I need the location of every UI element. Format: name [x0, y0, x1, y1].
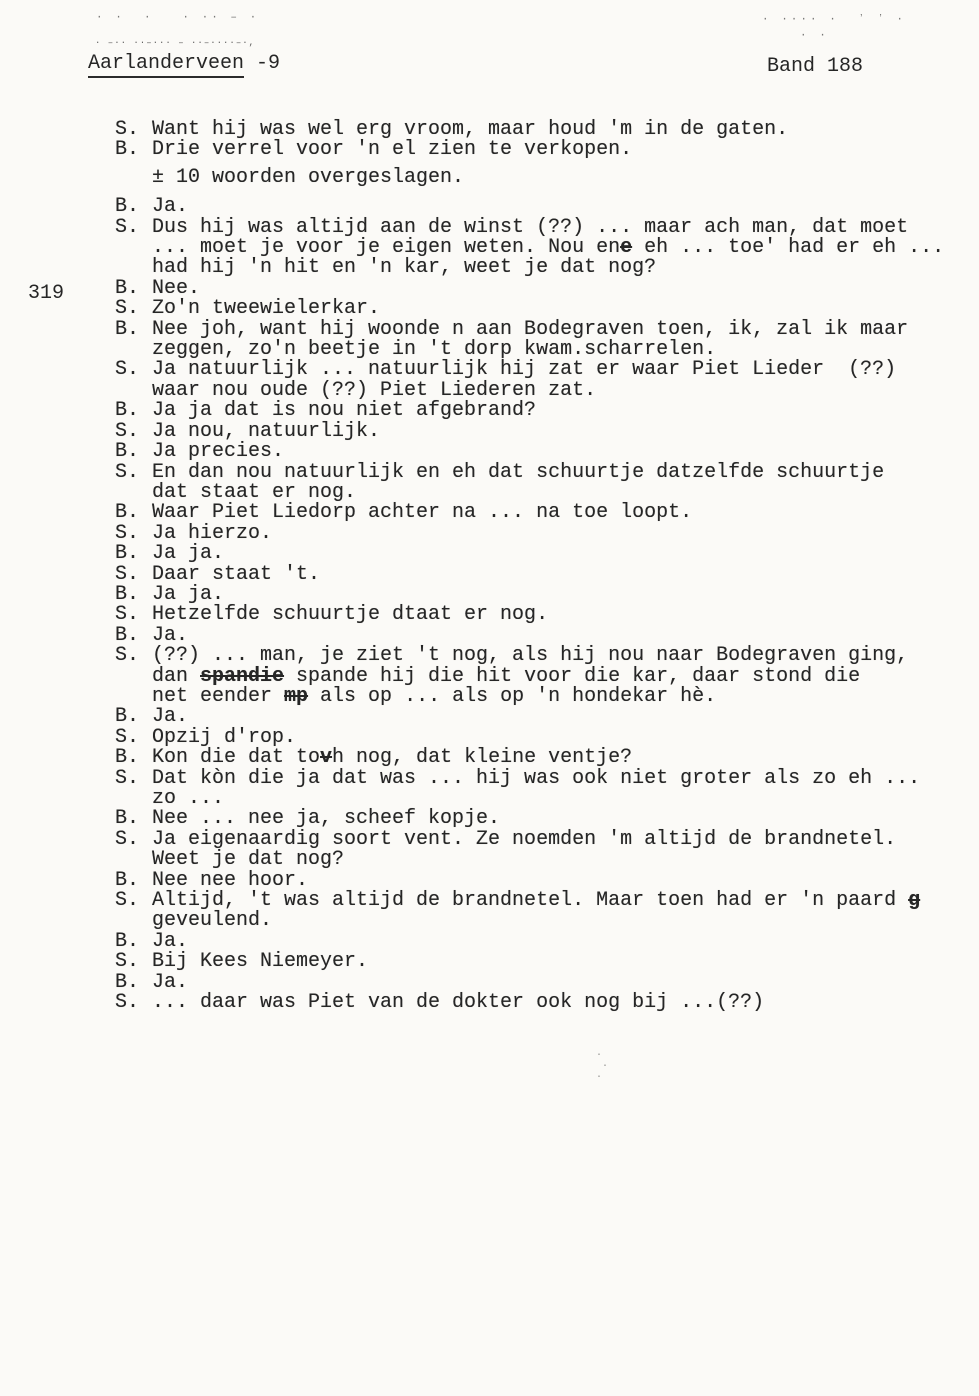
dialogue-text: Zo'n tweewielerkar.: [152, 299, 380, 319]
speaker-label: B.: [115, 748, 152, 768]
dialogue-text: Ja.: [152, 932, 188, 952]
dialogue-text: Hetzelfde schuurtje dtaat er nog.: [152, 605, 548, 625]
dialogue-text: Opzij d'rop.: [152, 728, 296, 748]
dialogue-entry: B.Ja.: [115, 197, 959, 217]
transcript: S.Want hij was wel erg vroom, maar houd …: [115, 120, 959, 1013]
dialogue-text: Ja ja.: [152, 585, 224, 605]
speaker-label: B.: [115, 320, 152, 340]
dialogue-text: Ja precies.: [152, 442, 284, 462]
speaker-label: S.: [115, 952, 152, 972]
speaker-label: B.: [115, 626, 152, 646]
dialogue-entry: B.Ja ja dat is nou niet afgebrand?: [115, 401, 959, 421]
dialogue-text: Ja eigenaardig soort vent. Ze noemden 'm…: [152, 830, 896, 871]
scan-noise-mid-specks: · · ·: [596, 1050, 608, 1083]
dialogue-text: Ja natuurlijk ... natuurlijk hij zat er …: [152, 360, 896, 401]
dialogue-text: ... daar was Piet van de dokter ook nog …: [152, 993, 764, 1013]
speaker-label: S.: [115, 565, 152, 585]
dialogue-text: Nee nee hoor.: [152, 871, 308, 891]
speaker-label: S.: [115, 524, 152, 544]
speaker-label: B.: [115, 279, 152, 299]
scan-noise-top-right: · ···· · ʼ ʼ ·: [762, 14, 906, 26]
dialogue-entry: S.Zo'n tweewielerkar.: [115, 299, 959, 319]
dialogue-text: Kon die dat tovh nog, dat kleine ventje?: [152, 748, 632, 768]
dialogue-entry: B.Ja ja.: [115, 585, 959, 605]
dialogue-text: Nee.: [152, 279, 200, 299]
dialogue-entry: S.Ja nou, natuurlijk.: [115, 422, 959, 442]
speaker-label: B.: [115, 442, 152, 462]
speaker-label: B.: [115, 707, 152, 727]
margin-line-number: 319: [28, 282, 64, 305]
speaker-label: S.: [115, 646, 152, 666]
speaker-label: S.: [115, 463, 152, 483]
dialogue-text: En dan nou natuurlijk en eh dat schuurtj…: [152, 463, 884, 504]
page-title: Aarlanderveen -9: [88, 52, 280, 75]
dialogue-text: Ja nou, natuurlijk.: [152, 422, 380, 442]
dialogue-text: Waar Piet Liedorp achter na ... na toe l…: [152, 503, 692, 523]
dialogue-text: Dus hij was altijd aan de winst (??) ...…: [152, 218, 944, 279]
dialogue-entry: B.Waar Piet Liedorp achter na ... na toe…: [115, 503, 959, 523]
transcript-rest-section: B.Ja.S.Dus hij was altijd aan de winst (…: [115, 197, 959, 1013]
speaker-label: B.: [115, 544, 152, 564]
scan-noise-struck-line: · –·· ··–··· – ··–····–·,: [95, 38, 255, 48]
speaker-label: S.: [115, 218, 152, 238]
dialogue-entry: S.En dan nou natuurlijk en eh dat schuur…: [115, 463, 959, 504]
dialogue-entry: S.Ja hierzo.: [115, 524, 959, 544]
dialogue-entry: B.Nee ... nee ja, scheef kopje.: [115, 809, 959, 829]
dialogue-entry: B.Ja.: [115, 973, 959, 993]
dialogue-text: Ja.: [152, 197, 188, 217]
speaker-label: B.: [115, 809, 152, 829]
dialogue-text: Ja.: [152, 973, 188, 993]
page-title-main: Aarlanderveen: [88, 52, 244, 78]
dialogue-entry: S.Dus hij was altijd aan de winst (??) .…: [115, 218, 959, 279]
dialogue-text: Ja ja.: [152, 544, 224, 564]
speaker-label: B.: [115, 503, 152, 523]
speaker-label: S.: [115, 299, 152, 319]
dialogue-entry: B.Kon die dat tovh nog, dat kleine ventj…: [115, 748, 959, 768]
dialogue-text: Want hij was wel erg vroom, maar houd 'm…: [152, 120, 788, 140]
speaker-label: B.: [115, 401, 152, 421]
dialogue-entry: S.Ja natuurlijk ... natuurlijk hij zat e…: [115, 360, 959, 401]
document-page: · · · · ·· – · · –·· ··–··· – ··–····–·,…: [0, 0, 979, 1396]
dialogue-text: Dat kòn die ja dat was ... hij was ook n…: [152, 769, 920, 810]
dialogue-entry: B.Nee nee hoor.: [115, 871, 959, 891]
speaker-label: S.: [115, 891, 152, 911]
scan-noise-top-left: · · · · ·· – ·: [96, 12, 259, 24]
dialogue-entry: B.Ja ja.: [115, 544, 959, 564]
dialogue-entry: S.... daar was Piet van de dokter ook no…: [115, 993, 959, 1013]
omission-note: ± 10 woorden overgeslagen.: [152, 168, 959, 188]
dialogue-text: Bij Kees Niemeyer.: [152, 952, 368, 972]
dialogue-entry: B.Ja.: [115, 707, 959, 727]
dialogue-entry: S.Bij Kees Niemeyer.: [115, 952, 959, 972]
speaker-label: S.: [115, 605, 152, 625]
dialogue-entry: B.Nee.: [115, 279, 959, 299]
dialogue-text: Daar staat 't.: [152, 565, 320, 585]
speaker-label: S.: [115, 120, 152, 140]
page-title-suffix: -9: [244, 52, 280, 75]
speaker-label: S.: [115, 422, 152, 442]
speaker-label: S.: [115, 993, 152, 1013]
speaker-label: B.: [115, 585, 152, 605]
band-label: Band 188: [767, 55, 863, 78]
dialogue-entry: S.Opzij d'rop.: [115, 728, 959, 748]
dialogue-entry: S.Want hij was wel erg vroom, maar houd …: [115, 120, 959, 140]
dialogue-text: Drie verrel voor 'n el zien te verkopen.: [152, 140, 632, 160]
speaker-label: S.: [115, 360, 152, 380]
scan-noise-top-right-2: · ·: [800, 30, 829, 42]
speaker-label: B.: [115, 140, 152, 160]
dialogue-text: Altijd, 't was altijd de brandnetel. Maa…: [152, 891, 920, 932]
speaker-label: B.: [115, 973, 152, 993]
dialogue-entry: S.Daar staat 't.: [115, 565, 959, 585]
dialogue-entry: S.(??) ... man, je ziet 't nog, als hij …: [115, 646, 959, 707]
dialogue-text: (??) ... man, je ziet 't nog, als hij no…: [152, 646, 908, 707]
speaker-label: B.: [115, 197, 152, 217]
dialogue-entry: B.Drie verrel voor 'n el zien te verkope…: [115, 140, 959, 160]
dialogue-text: Nee ... nee ja, scheef kopje.: [152, 809, 500, 829]
transcript-top-section: S.Want hij was wel erg vroom, maar houd …: [115, 120, 959, 161]
speaker-label: B.: [115, 932, 152, 952]
dialogue-text: Ja ja dat is nou niet afgebrand?: [152, 401, 536, 421]
speaker-label: B.: [115, 871, 152, 891]
dialogue-text: Ja.: [152, 707, 188, 727]
dialogue-entry: B.Ja precies.: [115, 442, 959, 462]
speaker-label: S.: [115, 830, 152, 850]
dialogue-entry: B.Nee joh, want hij woonde n aan Bodegra…: [115, 320, 959, 361]
speaker-label: S.: [115, 728, 152, 748]
dialogue-entry: B.Ja.: [115, 626, 959, 646]
dialogue-entry: S.Ja eigenaardig soort vent. Ze noemden …: [115, 830, 959, 871]
dialogue-text: Nee joh, want hij woonde n aan Bodegrave…: [152, 320, 908, 361]
dialogue-entry: S.Altijd, 't was altijd de brandnetel. M…: [115, 891, 959, 932]
dialogue-text: Ja.: [152, 626, 188, 646]
dialogue-entry: S.Dat kòn die ja dat was ... hij was ook…: [115, 769, 959, 810]
dialogue-text: Ja hierzo.: [152, 524, 272, 544]
dialogue-entry: B.Ja.: [115, 932, 959, 952]
dialogue-entry: S.Hetzelfde schuurtje dtaat er nog.: [115, 605, 959, 625]
speaker-label: S.: [115, 769, 152, 789]
